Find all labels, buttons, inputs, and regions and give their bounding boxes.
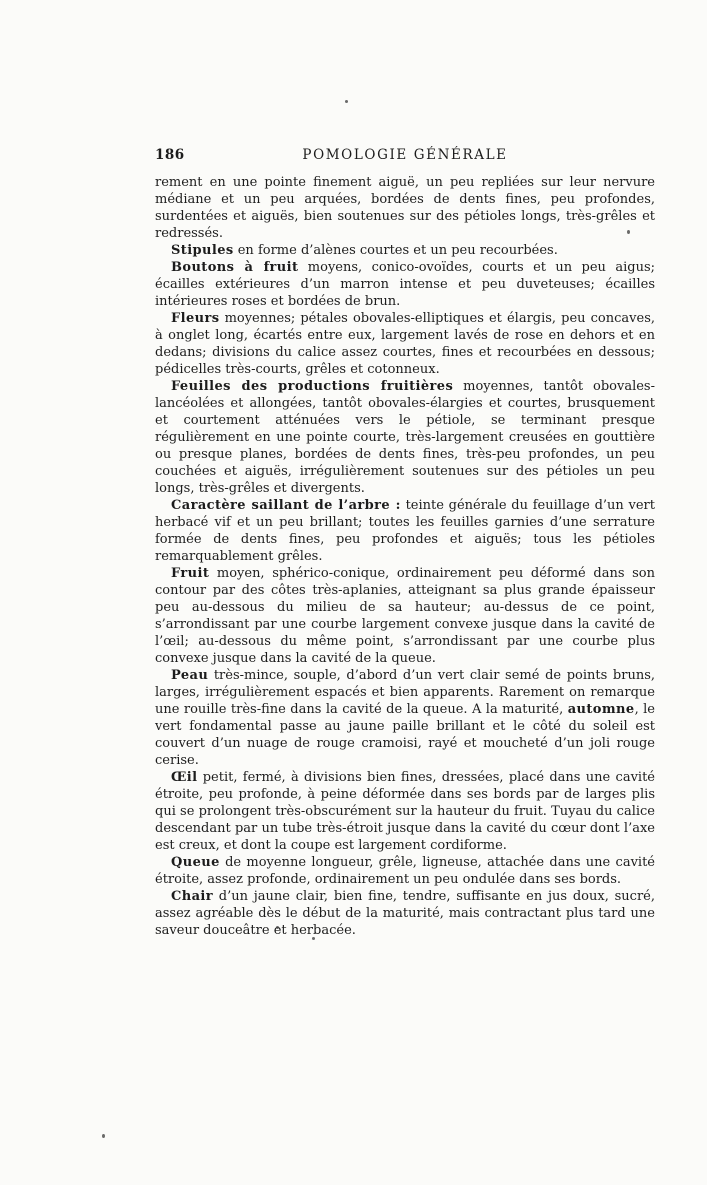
paragraph-stipules: Stipules en forme d’alènes courtes et un…: [155, 242, 655, 259]
paragraph-lead: Boutons à fruit: [171, 260, 298, 275]
paragraph-boutons-a-fruit: Boutons à fruit moyens, conico-ovoïdes, …: [155, 259, 655, 310]
paragraph-queue: Queue de moyenne longueur, grêle, ligneu…: [155, 854, 655, 888]
scan-speck: [276, 926, 279, 929]
running-head: 186 POMOLOGIE GÉNÉRALE: [155, 147, 655, 165]
paragraph-lead: Stipules: [171, 243, 234, 258]
paragraph-text: en forme d’alènes courtes et un peu reco…: [234, 243, 558, 258]
paragraph-text: d’un jaune clair, bien fine, tendre, suf…: [155, 889, 655, 938]
paragraph-text: de moyenne longueur, grêle, ligneuse, at…: [155, 855, 655, 887]
paragraph-text: petit, fermé, à divisions bien fines, dr…: [155, 770, 655, 853]
scan-speck: [102, 1134, 105, 1138]
paragraph-continuation: rement en une pointe finement aiguë, un …: [155, 174, 655, 242]
paragraph-chair: Chair d’un jaune clair, bien fine, tendr…: [155, 888, 655, 939]
paragraph-inline-bold: automne: [568, 702, 635, 717]
paragraph-lead: Caractère saillant de l’arbre :: [171, 498, 401, 513]
paragraph-peau: Peau très-mince, souple, d’abord d’un ve…: [155, 667, 655, 769]
paragraph-text: moyennes; pétales obovales-elliptiques e…: [155, 311, 655, 377]
book-page-scan: 186 POMOLOGIE GÉNÉRALE rement en une poi…: [0, 0, 707, 1185]
scan-speck: [627, 230, 630, 234]
paragraph-text: moyennes, tantôt obovales-lancéolées et …: [155, 379, 655, 496]
paragraph-lead: Œil: [171, 770, 197, 785]
paragraph-fruit: Fruit moyen, sphérico-conique, ordinaire…: [155, 565, 655, 667]
paragraph-lead: Fleurs: [171, 311, 219, 326]
paragraph-text: moyen, sphérico-conique, ordinairement p…: [155, 566, 655, 666]
paragraph-text: rement en une pointe finement aiguë, un …: [155, 175, 655, 241]
paragraph-fleurs: Fleurs moyennes; pétales obovales-ellipt…: [155, 310, 655, 378]
body-text: rement en une pointe finement aiguë, un …: [155, 174, 655, 939]
paragraph-oeil: Œil petit, fermé, à divisions bien fines…: [155, 769, 655, 854]
paragraph-lead: Queue: [171, 855, 220, 870]
scan-speck: [312, 937, 315, 940]
scan-speck: [345, 100, 348, 103]
paragraph-caractere-saillant: Caractère saillant de l’arbre : teinte g…: [155, 497, 655, 565]
paragraph-lead: Peau: [171, 668, 208, 683]
paragraph-feuilles: Feuilles des productions fruitières moye…: [155, 378, 655, 497]
paragraph-lead: Feuilles des productions fruitières: [171, 379, 453, 394]
paragraph-lead: Chair: [171, 889, 213, 904]
paragraph-lead: Fruit: [171, 566, 209, 581]
page-number: 186: [155, 147, 185, 163]
page-title: POMOLOGIE GÉNÉRALE: [155, 147, 655, 163]
